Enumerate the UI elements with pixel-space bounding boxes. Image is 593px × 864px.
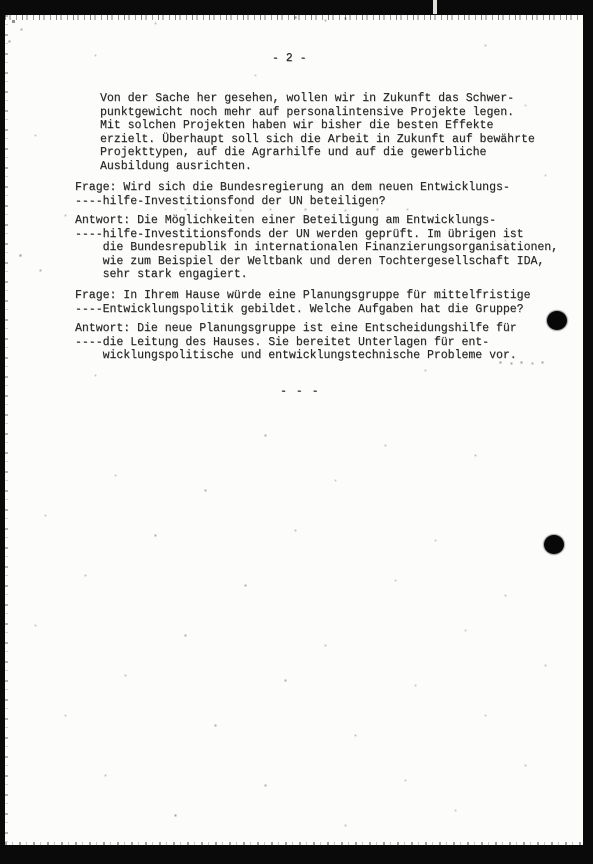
question-2: Frage: In Ihrem Hause würde eine Planung…	[75, 289, 530, 316]
end-separator: - - -	[280, 385, 320, 399]
answer-2: Antwort: Die neue Planungsgruppe ist ein…	[75, 322, 517, 363]
scan-edge-notch	[433, 0, 437, 14]
scan-edge-bottom	[5, 842, 583, 846]
punch-hole-mark-bottom	[544, 535, 564, 554]
answer-1: Antwort: Die Möglichkeiten einer Beteili…	[75, 214, 558, 282]
document-page: - 2 - Von der Sache her gesehen, wollen …	[5, 15, 583, 845]
scan-edge-top	[5, 14, 583, 20]
scanned-document: - 2 - Von der Sache her gesehen, wollen …	[0, 0, 593, 864]
question-1: Frage: Wird sich die Bundesregierung an …	[75, 181, 510, 208]
punch-hole-mark-top	[547, 311, 567, 330]
scan-edge-left	[4, 15, 8, 845]
page-number: - 2 -	[272, 52, 307, 66]
intro-paragraph: Von der Sache her gesehen, wollen wir in…	[100, 92, 535, 173]
